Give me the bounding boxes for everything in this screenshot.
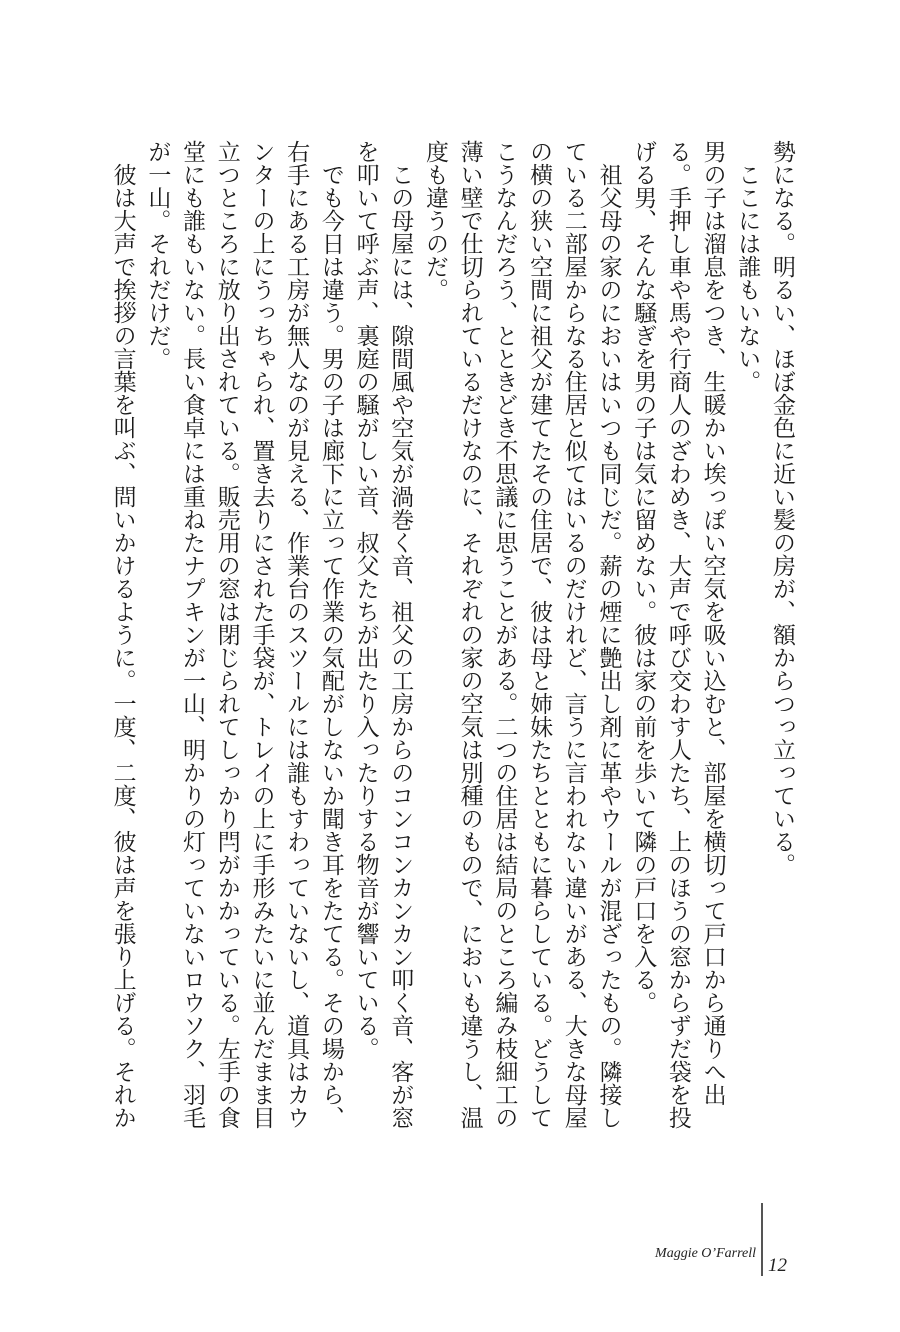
book-page: 勢になる。明るい、ほぼ金色に近い髪の房が、額からつっ立っている。 ここには誰もい…	[0, 0, 900, 1332]
text-column-18: 堂にも誰もいない。長い食卓には重ねたナプキンが一山、明かりの灯っていないロウソク…	[174, 140, 209, 1108]
running-footer-author: Maggie O’Farrell	[655, 1246, 756, 1262]
text-column-7: ている二部屋からなる住居と似てはいるのだけれど、言うに言われない違いがある、大き…	[556, 140, 591, 1108]
text-column-15: 右手にある工房が無人なのが見える、作業台のスツールには誰もすわっていないし、道具…	[278, 140, 313, 1108]
text-column-14: でも今日は違う。男の子は廊下に立って作業の気配がしないか聞き耳をたてる。その場か…	[313, 140, 348, 1108]
text-column-3: 男の子は溜息をつき、生暖かい埃っぽい空気を吸い込むと、部屋を横切って戸口から通り…	[695, 140, 730, 1108]
footer-divider	[761, 1203, 763, 1276]
text-column-11: 度も違うのだ。	[417, 140, 452, 1108]
text-column-12: この母屋には、隙間風や空気が渦巻く音、祖父の工房からのコンコンカンカン叩く音、客…	[383, 140, 418, 1108]
vertical-body-text: 勢になる。明るい、ほぼ金色に近い髪の房が、額からつっ立っている。 ここには誰もい…	[105, 140, 799, 1108]
text-column-13: を叩いて呼ぶ声、裏庭の騒がしい音、叔父たちが出たり入ったりする物音が響いている。	[348, 140, 383, 1108]
text-column-5: げる男、そんな騒ぎを男の子は気に留めない。彼は家の前を歩いて隣の戸口を入る。	[625, 140, 660, 1108]
text-column-20: 彼は大声で挨拶の言葉を叫ぶ、問いかけるように。一度、二度、彼は声を張り上げる。そ…	[105, 140, 140, 1108]
text-column-2: ここには誰もいない。	[730, 140, 765, 1108]
text-column-1: 勢になる。明るい、ほぼ金色に近い髪の房が、額からつっ立っている。	[764, 140, 799, 1108]
page-number: 12	[768, 1255, 787, 1277]
text-column-9: こうなんだろう、とときどき不思議に思うことがある。二つの住居は結局のところ編み枝…	[487, 140, 522, 1108]
text-column-10: 薄い壁で仕切られているだけなのに、それぞれの家の空気は別種のもので、においも違う…	[452, 140, 487, 1108]
text-column-19: が一山。それだけだ。	[140, 140, 175, 1108]
text-column-4: る。手押し車や馬や行商人のざわめき、大声で呼び交わす人たち、上のほうの窓からずだ…	[660, 140, 695, 1108]
text-column-8: の横の狭い空間に祖父が建てたその住居で、彼は母と姉妹たちとともに暮らしている。ど…	[521, 140, 556, 1108]
text-column-16: ンターの上にうっちゃられ、置き去りにされた手袋が、トレイの上に手形みたいに並んだ…	[244, 140, 279, 1108]
text-column-17: 立つところに放り出されている。販売用の窓は閉じられてしっかり閂がかかっている。左…	[209, 140, 244, 1108]
text-column-6: 祖父母の家のにおいはいつも同じだ。薪の煙に艶出し剤に革やウールが混ざったもの。隣…	[591, 140, 626, 1108]
